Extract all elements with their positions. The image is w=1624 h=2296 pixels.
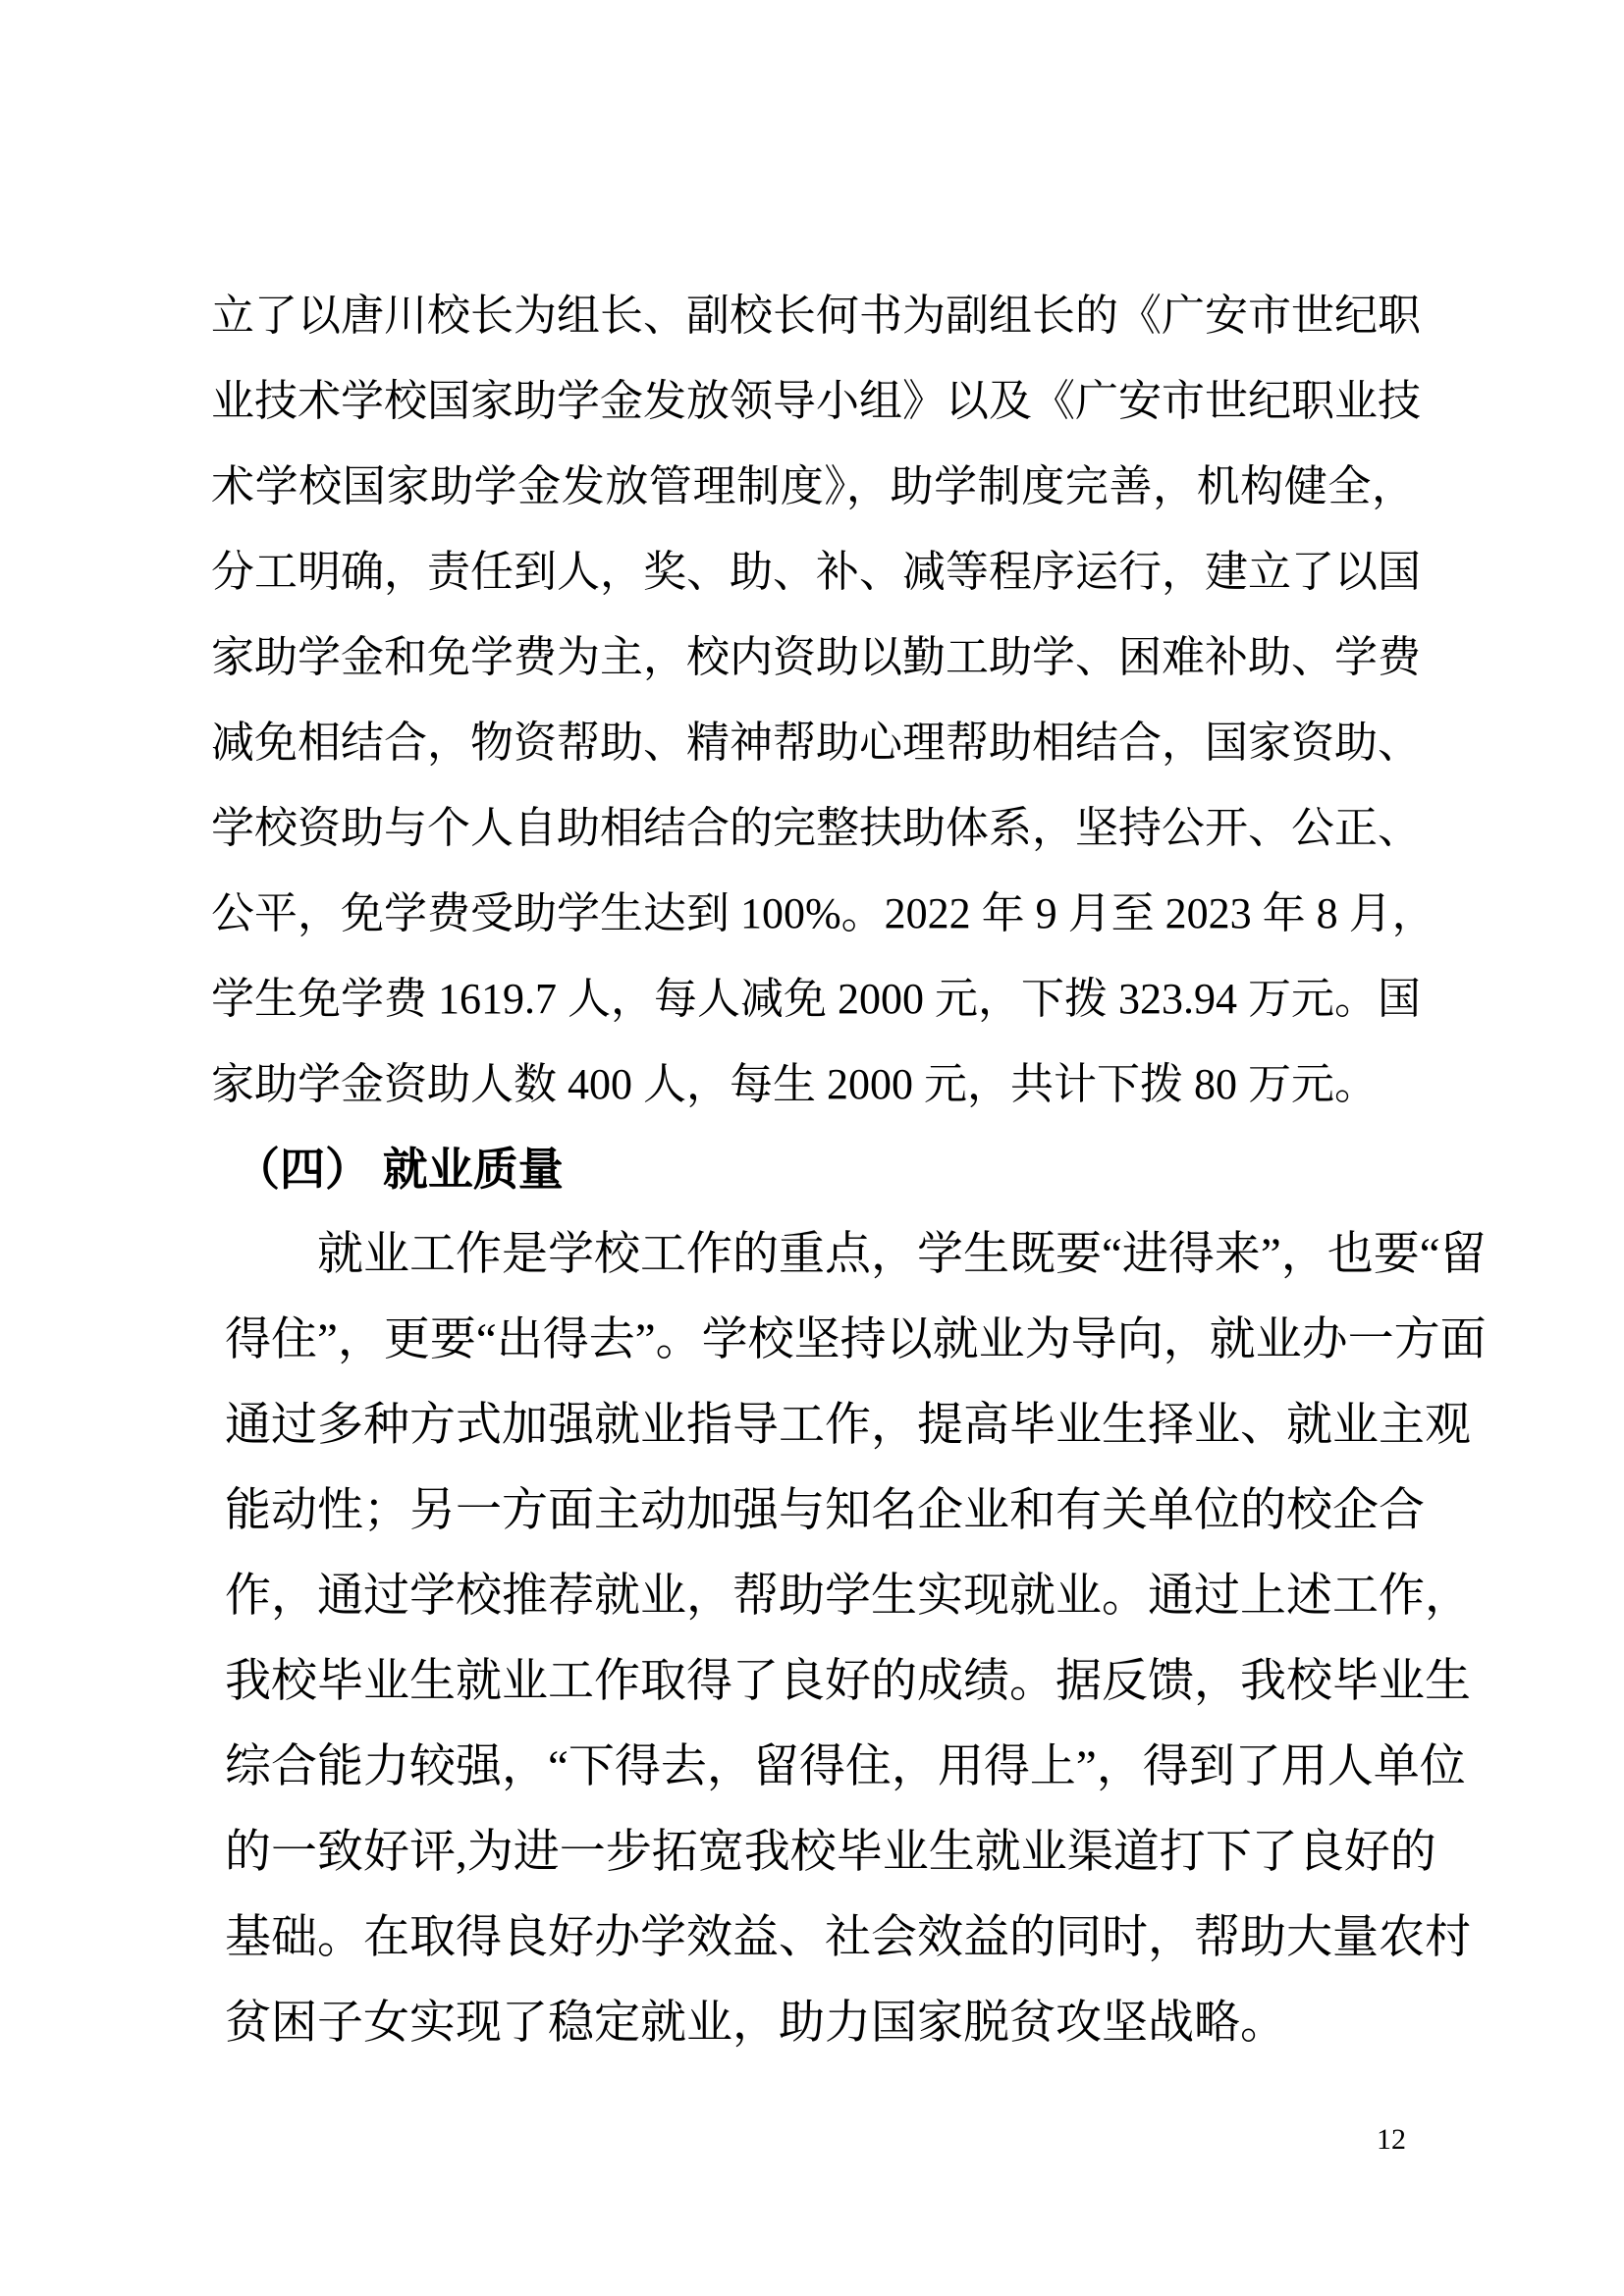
text-line: 立了以唐川校长为组长、副校长何书为副组长的《广安市世纪职	[211, 273, 1415, 358]
section-heading-employment-quality: （四） 就业质量	[211, 1127, 1415, 1212]
text-line: 公平，免学费受助学生达到 100%。2022 年 9 月至 2023 年 8 月…	[211, 871, 1415, 956]
text-line: 基础。在取得良好办学效益、社会效益的同时，帮助大量农村	[225, 1896, 1407, 1981]
text-line: 就业工作是学校工作的重点，学生既要“进得来”，也要“留	[225, 1212, 1407, 1298]
text-line: 减免相结合，物资帮助、精神帮助心理帮助相结合，国家资助、	[211, 700, 1415, 785]
text-line: 术学校国家助学金发放管理制度》，助学制度完善，机构健全，	[211, 444, 1415, 529]
page-number: 12	[1377, 2122, 1406, 2158]
text-line: 学生免学费 1619.7 人，每人减免 2000 元，下拨 323.94 万元。…	[211, 956, 1415, 1041]
text-line: 家助学金和免学费为主，校内资助以勤工助学、困难补助、学费	[211, 614, 1415, 700]
text-line: 业技术学校国家助学金发放领导小组》以及《广安市世纪职业技	[211, 358, 1415, 444]
paragraph-student-aid: 立了以唐川校长为组长、副校长何书为副组长的《广安市世纪职业技术学校国家助学金发放…	[211, 273, 1415, 1127]
paragraph-employment-quality: 就业工作是学校工作的重点，学生既要“进得来”，也要“留得住”，更要“出得去”。学…	[225, 1212, 1407, 2066]
text-line: 学校资助与个人自助相结合的完整扶助体系，坚持公开、公正、	[211, 785, 1415, 871]
text-line: 家助学金资助人数 400 人，每生 2000 元，共计下拨 80 万元。	[211, 1041, 1415, 1127]
text-line: 我校毕业生就业工作取得了良好的成绩。据反馈，我校毕业生	[225, 1639, 1407, 1725]
text-line: 能动性；另一方面主动加强与知名企业和有关单位的校企合	[225, 1468, 1407, 1554]
page-content: 立了以唐川校长为组长、副校长何书为副组长的《广安市世纪职业技术学校国家助学金发放…	[211, 273, 1415, 2066]
document-page: 立了以唐川校长为组长、副校长何书为副组长的《广安市世纪职业技术学校国家助学金发放…	[0, 0, 1624, 2296]
text-line: 贫困子女实现了稳定就业，助力国家脱贫攻坚战略。	[225, 1981, 1407, 2066]
text-line: 分工明确，责任到人，奖、助、补、减等程序运行，建立了以国	[211, 529, 1415, 614]
text-line: 得住”，更要“出得去”。学校坚持以就业为导向，就业办一方面	[225, 1298, 1407, 1383]
text-line: 的一致好评,为进一步拓宽我校毕业生就业渠道打下了良好的	[225, 1810, 1407, 1896]
text-line: 综合能力较强，“下得去，留得住，用得上”，得到了用人单位	[225, 1725, 1407, 1810]
text-line: 作，通过学校推荐就业，帮助学生实现就业。通过上述工作，	[225, 1554, 1407, 1639]
text-line: 通过多种方式加强就业指导工作，提高毕业生择业、就业主观	[225, 1383, 1407, 1468]
